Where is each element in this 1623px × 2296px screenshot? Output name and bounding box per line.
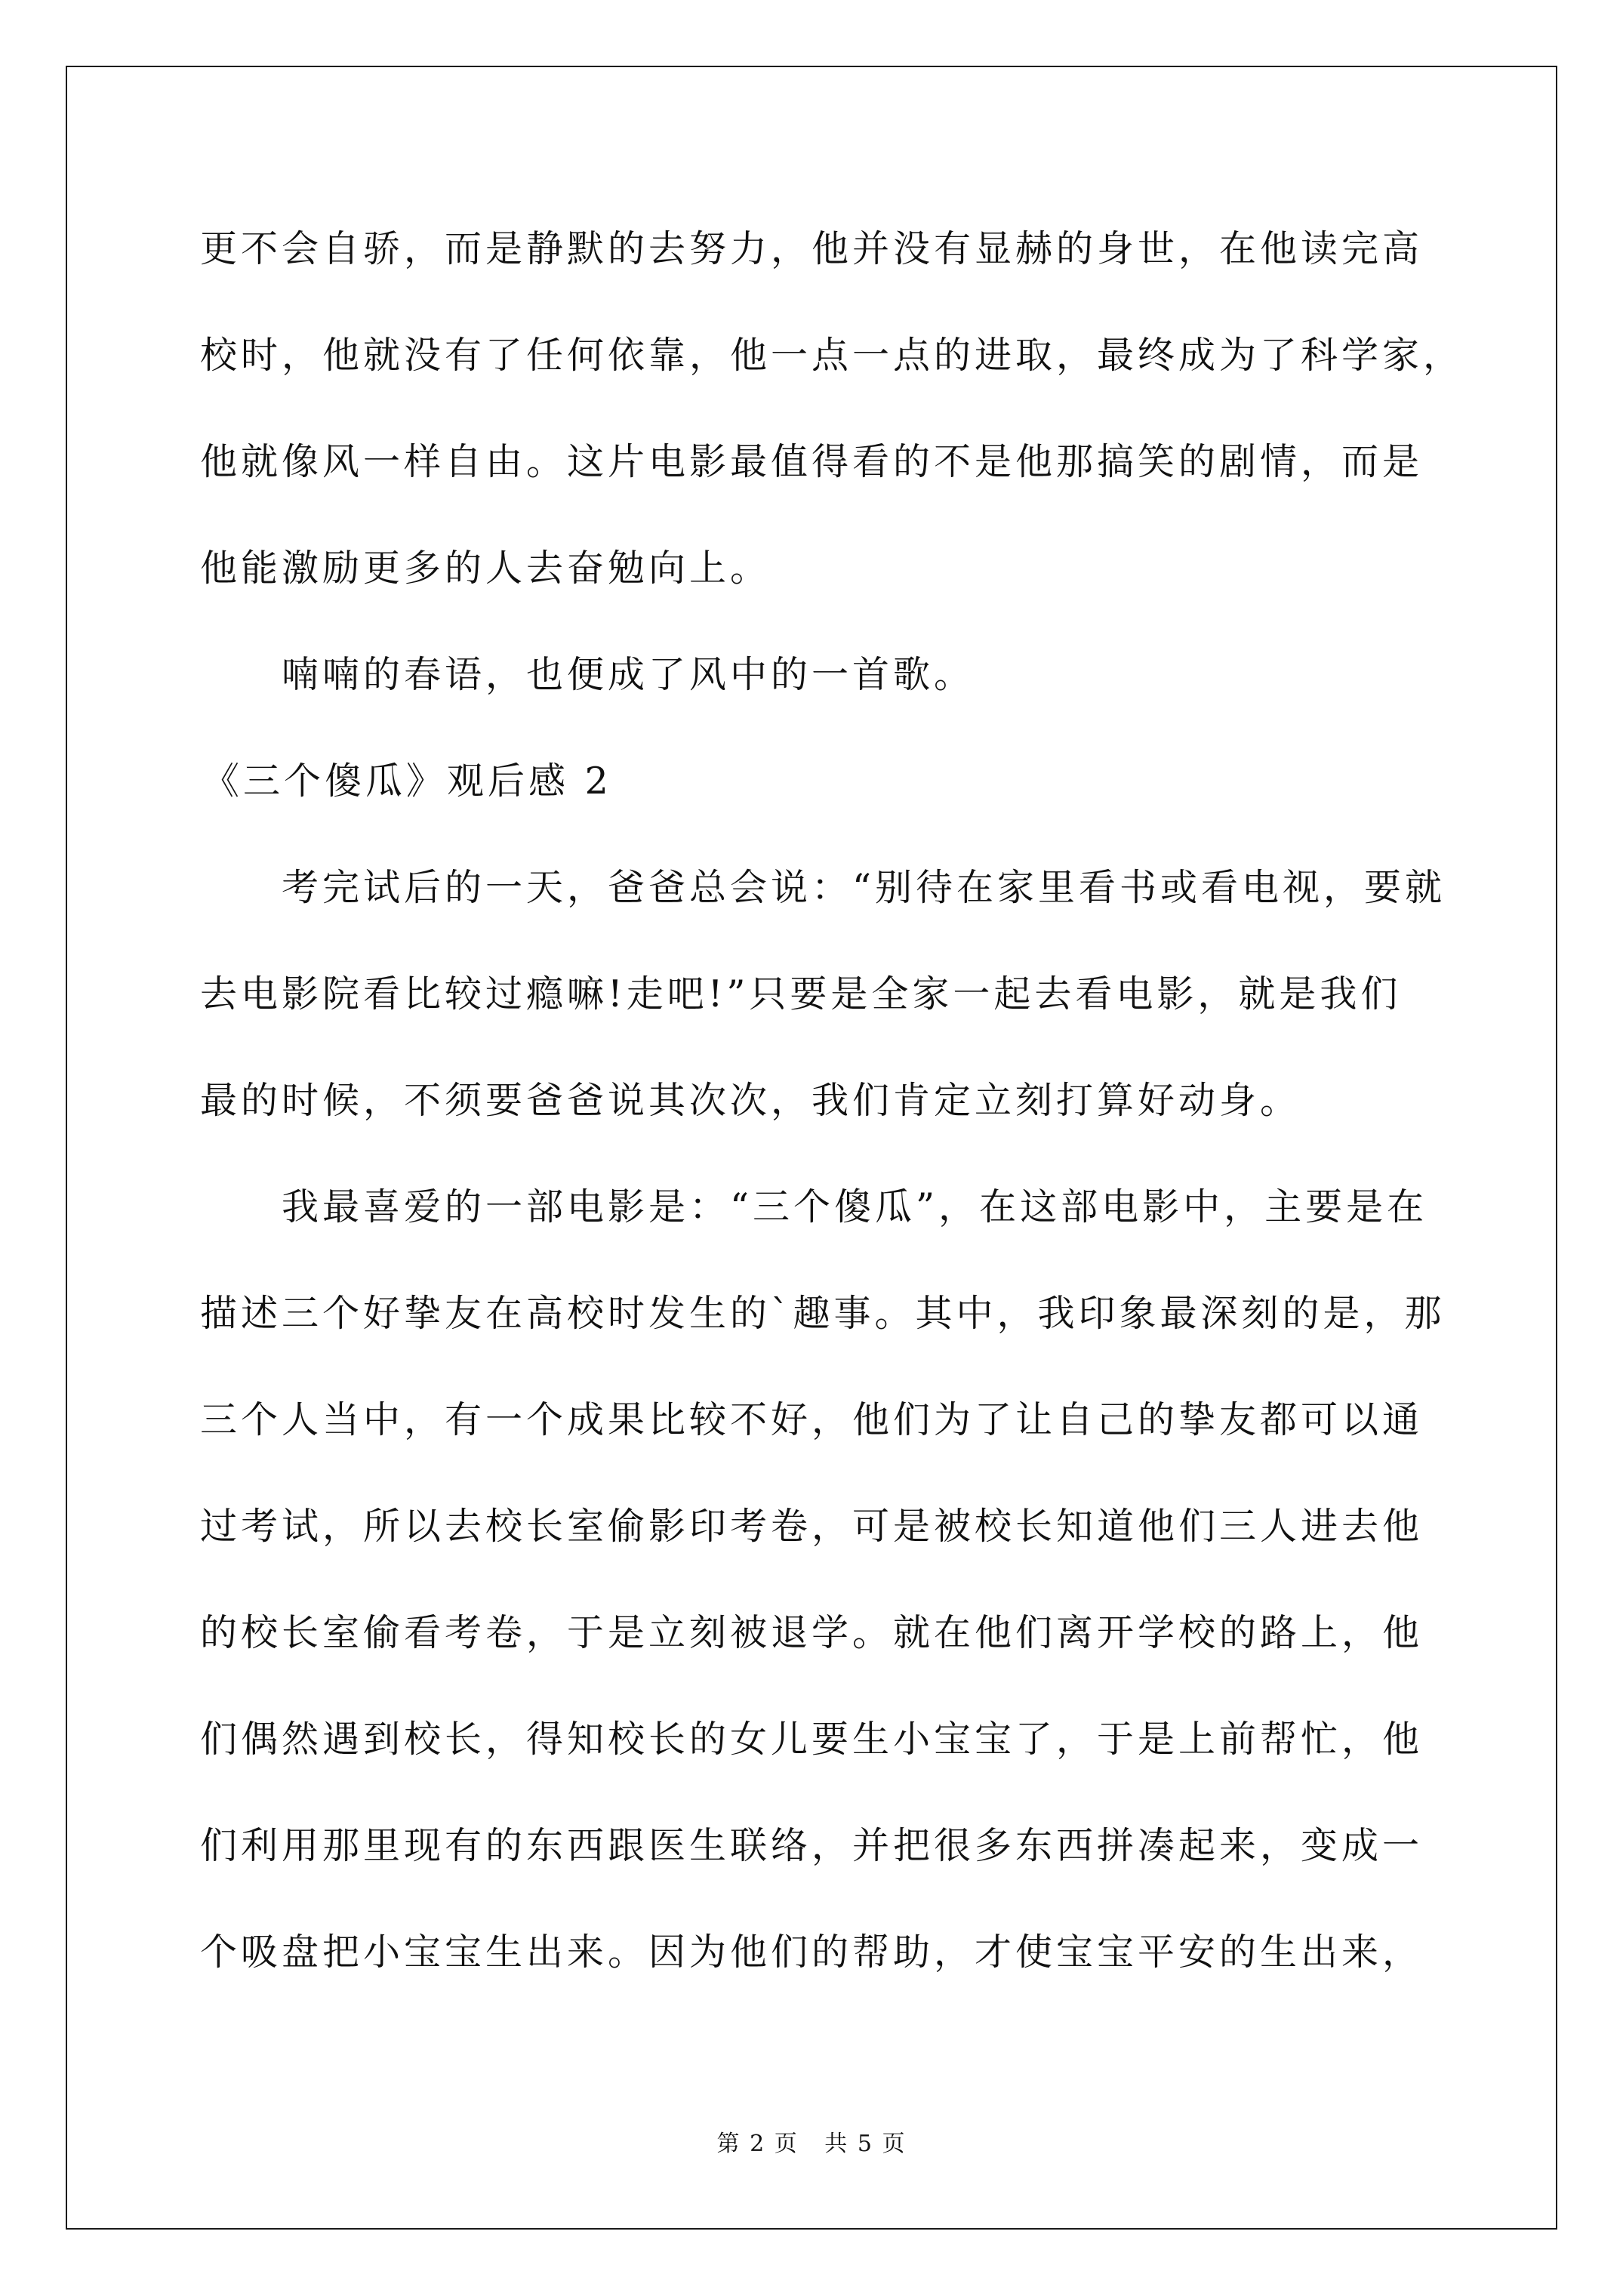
page-number-footer: 第 2 页 共 5 页 bbox=[0, 2131, 1623, 2158]
paragraph-first-line: 喃喃的春语，也便成了风中的一首歌。 bbox=[282, 654, 975, 696]
body-line: 最的时候，不须要爸爸说其次次，我们肯定立刻打算好动身。 bbox=[200, 1080, 1301, 1122]
paragraph-first-line: 考完试后的一天，爸爸总会说：“别待在家里看书或看电视，要就 bbox=[282, 867, 1446, 909]
body-line: 们偶然遇到校长，得知校长的女儿要生小宝宝了，于是上前帮忙，他 bbox=[200, 1718, 1423, 1761]
body-line: 他就像风一样自由。这片电影最值得看的不是他那搞笑的剧情，而是 bbox=[200, 441, 1423, 483]
body-line: 个吸盘把小宝宝生出来。因为他们的帮助，才使宝宝平安的生出来， bbox=[200, 1931, 1423, 1974]
body-line: 过考试，所以去校长室偷影印考卷，可是被校长知道他们三人进去他 bbox=[200, 1505, 1423, 1548]
body-line: 更不会自骄，而是静默的去努力，他并没有显赫的身世，在他读完高 bbox=[200, 228, 1423, 270]
paragraph-first-line: 我最喜爱的一部电影是：“三个傻瓜”，在这部电影中，主要是在 bbox=[282, 1186, 1427, 1228]
body-line: 描述三个好挚友在高校时发生的`趣事。其中，我印象最深刻的是，那 bbox=[200, 1293, 1446, 1335]
body-line: 们利用那里现有的东西跟医生联络，并把很多东西拼凑起来，变成一 bbox=[200, 1825, 1423, 1867]
page-border bbox=[66, 66, 1557, 2230]
body-line: 的校长室偷看考卷，于是立刻被退学。就在他们离开学校的路上，他 bbox=[200, 1612, 1423, 1654]
section-heading: 《三个傻瓜》观后感 2 bbox=[202, 760, 612, 803]
body-line: 去电影院看比较过瘾嘛!走吧!”只要是全家一起去看电影，就是我们 bbox=[200, 973, 1401, 1015]
body-line: 校时，他就没有了任何依靠，他一点一点的进取，最终成为了科学家， bbox=[200, 334, 1464, 377]
body-line: 他能激励更多的人去奋勉向上。 bbox=[200, 547, 771, 590]
body-line: 三个人当中，有一个成果比较不好，他们为了让自己的挚友都可以通 bbox=[200, 1399, 1423, 1441]
